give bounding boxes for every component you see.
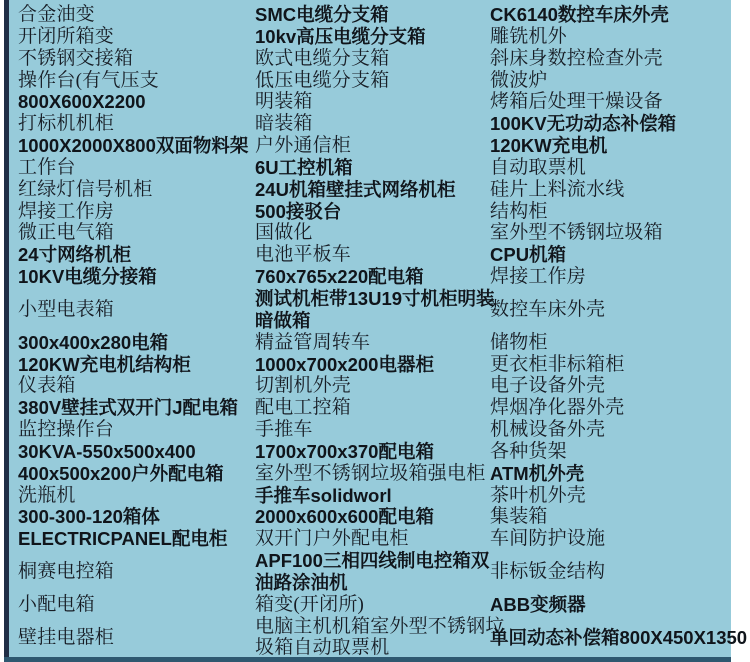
product-name-cell: 集装箱 [490, 506, 731, 528]
product-row: 400x500x200户外配电箱室外型不锈钢垃圾箱强电柜ATM机外壳 [9, 463, 731, 485]
product-name-cell: 焊接工作房 [9, 201, 255, 223]
product-row: 380V壁挂式双开门J配电箱配电工控箱焊烟净化器外壳 [9, 397, 731, 419]
product-row: 300x400x280电箱精益管周转车储物柜 [9, 332, 731, 354]
product-name-cell: 电脑主机机箱室外型不锈钢垃圾箱自动取票机 [255, 616, 507, 660]
product-name-cell: 合金油变 [9, 4, 255, 26]
product-name-cell: 数控车床外壳 [490, 299, 731, 321]
product-name-cell: 300x400x280电箱 [9, 332, 255, 354]
product-row: 仪表箱切割机外壳电子设备外壳 [9, 375, 731, 397]
product-name-cell: 工作台 [9, 157, 255, 179]
product-row: 微正电气箱国做化室外型不锈钢垃圾箱 [9, 222, 731, 244]
product-row: 30KVA-550x500x4001700x700x370配电箱各种货架 [9, 441, 731, 463]
product-row: 工作台6U工控机箱自动取票机 [9, 157, 731, 179]
product-name-cell: 微正电气箱 [9, 222, 255, 244]
product-name-cell: 焊烟净化器外壳 [490, 397, 731, 419]
product-row: 800X600X2200明装箱烤箱后处理干燥设备 [9, 91, 731, 113]
product-row: 120KW充电机结构柜1000x700x200电器柜更衣柜非标箱柜 [9, 354, 731, 376]
product-name-cell: 壁挂电器柜 [9, 627, 255, 649]
product-name-cell: 双开门户外配电柜 [255, 528, 507, 550]
product-name-cell: 1700x700x370配电箱 [255, 441, 507, 463]
product-name-cell: 车间防护设施 [490, 528, 731, 550]
product-row: 10KV电缆分接箱760x765x220配电箱焊接工作房 [9, 266, 731, 288]
product-name-cell: 箱变(开闭所) [255, 594, 507, 616]
product-name-cell: 120KW充电机结构柜 [9, 354, 255, 376]
product-name-cell: 手推车 [255, 419, 507, 441]
product-name-cell: 储物柜 [490, 332, 731, 354]
product-name-cell: 室外型不锈钢垃圾箱强电柜 [255, 463, 507, 485]
product-name-cell: 户外通信柜 [255, 135, 507, 157]
product-name-cell: 测试机柜带13U19寸机柜明装暗做箱 [255, 288, 507, 332]
product-name-cell: 100KV无功动态补偿箱 [490, 113, 731, 135]
product-name-cell: 小配电箱 [9, 594, 255, 616]
product-row: 小型电表箱测试机柜带13U19寸机柜明装暗做箱数控车床外壳 [9, 288, 731, 332]
product-row: 焊接工作房500接驳台结构柜 [9, 201, 731, 223]
product-name-cell: 操作台(有气压支 [9, 70, 255, 92]
product-row: 操作台(有气压支低压电缆分支箱微波炉 [9, 70, 731, 92]
product-name-cell: 自动取票机 [490, 157, 731, 179]
product-name-cell: 单回动态补偿箱800X450X1350 [490, 627, 731, 649]
product-name-cell: 开闭所箱变 [9, 26, 255, 48]
product-name-cell: 斜床身数控检查外壳 [490, 48, 731, 70]
product-name-cell: 焊接工作房 [490, 266, 731, 288]
product-name-cell: 硅片上料流水线 [490, 179, 731, 201]
product-row: 桐赛电控箱APF100三相四线制电控箱双油路涂油机非标钣金结构 [9, 550, 731, 594]
product-name-cell: ATM机外壳 [490, 463, 731, 485]
product-name-cell: 配电工控箱 [255, 397, 507, 419]
product-row: 开闭所箱变10kv高压电缆分支箱雕铣机外 [9, 26, 731, 48]
product-row: 300-300-120箱体2000x600x600配电箱集装箱 [9, 506, 731, 528]
product-name-cell: 760x765x220配电箱 [255, 266, 507, 288]
product-row: 监控操作台手推车机械设备外壳 [9, 419, 731, 441]
product-name-cell: 电池平板车 [255, 244, 507, 266]
product-name-cell: ABB变频器 [490, 594, 731, 616]
product-name-cell: APF100三相四线制电控箱双油路涂油机 [255, 550, 507, 594]
product-row: 洗瓶机手推车solidworl茶叶机外壳 [9, 485, 731, 507]
product-name-cell: CK6140数控车床外壳 [490, 4, 731, 26]
product-name-cell: 10kv高压电缆分支箱 [255, 26, 507, 48]
product-name-cell: 打标机机柜 [9, 113, 255, 135]
product-name-cell: 洗瓶机 [9, 485, 255, 507]
product-name-cell: 手推车solidworl [255, 485, 507, 507]
product-row: ELECTRICPANEL配电柜双开门户外配电柜车间防护设施 [9, 528, 731, 550]
product-name-cell: 非标钣金结构 [490, 561, 731, 583]
product-row: 合金油变SMC电缆分支箱CK6140数控车床外壳 [9, 4, 731, 26]
product-name-cell: 不锈钢交接箱 [9, 48, 255, 70]
product-name-cell: 桐赛电控箱 [9, 561, 255, 583]
product-row: 24寸网络机柜电池平板车CPU机箱 [9, 244, 731, 266]
product-table: 合金油变SMC电缆分支箱CK6140数控车床外壳开闭所箱变10kv高压电缆分支箱… [9, 4, 731, 659]
product-row: 1000X2000X800双面物料架户外通信柜120KW充电机 [9, 135, 731, 157]
product-row: 红绿灯信号机柜24U机箱壁挂式网络机柜硅片上料流水线 [9, 179, 731, 201]
product-name-cell: 120KW充电机 [490, 135, 731, 157]
product-name-cell: 国做化 [255, 222, 507, 244]
product-name-cell: 6U工控机箱 [255, 157, 507, 179]
product-name-cell: 1000x700x200电器柜 [255, 354, 507, 376]
product-name-cell: 室外型不锈钢垃圾箱 [490, 222, 731, 244]
product-name-cell: 结构柜 [490, 201, 731, 223]
product-name-cell: 微波炉 [490, 70, 731, 92]
product-name-cell: 明装箱 [255, 91, 507, 113]
product-name-cell: 切割机外壳 [255, 375, 507, 397]
product-row: 不锈钢交接箱欧式电缆分支箱斜床身数控检查外壳 [9, 48, 731, 70]
product-name-cell: 低压电缆分支箱 [255, 70, 507, 92]
product-name-cell: ELECTRICPANEL配电柜 [9, 528, 255, 550]
bottom-border-bar [4, 657, 731, 662]
product-name-cell: 欧式电缆分支箱 [255, 48, 507, 70]
product-name-cell: 24U机箱壁挂式网络机柜 [255, 179, 507, 201]
product-name-cell: 电子设备外壳 [490, 375, 731, 397]
product-name-cell: 800X600X2200 [9, 91, 255, 113]
product-name-cell: 24寸网络机柜 [9, 244, 255, 266]
product-name-cell: 各种货架 [490, 441, 731, 463]
product-name-cell: 茶叶机外壳 [490, 485, 731, 507]
product-name-cell: 仪表箱 [9, 375, 255, 397]
product-name-cell: SMC电缆分支箱 [255, 4, 507, 26]
product-name-cell: 380V壁挂式双开门J配电箱 [9, 397, 255, 419]
product-name-cell: 雕铣机外 [490, 26, 731, 48]
product-name-cell: 小型电表箱 [9, 299, 255, 321]
product-row: 打标机机柜暗装箱100KV无功动态补偿箱 [9, 113, 731, 135]
product-row: 小配电箱箱变(开闭所)ABB变频器 [9, 594, 731, 616]
product-name-cell: 红绿灯信号机柜 [9, 179, 255, 201]
product-name-cell: 暗装箱 [255, 113, 507, 135]
product-name-cell: 10KV电缆分接箱 [9, 266, 255, 288]
product-name-cell: 精益管周转车 [255, 332, 507, 354]
product-name-cell: CPU机箱 [490, 244, 731, 266]
product-name-cell: 烤箱后处理干燥设备 [490, 91, 731, 113]
product-name-cell: 机械设备外壳 [490, 419, 731, 441]
product-name-cell: 300-300-120箱体 [9, 506, 255, 528]
product-name-cell: 监控操作台 [9, 419, 255, 441]
product-name-cell: 500接驳台 [255, 201, 507, 223]
product-name-cell: 更衣柜非标箱柜 [490, 354, 731, 376]
product-name-cell: 1000X2000X800双面物料架 [9, 135, 255, 157]
product-name-cell: 2000x600x600配电箱 [255, 506, 507, 528]
product-name-cell: 30KVA-550x500x400 [9, 441, 255, 463]
product-list-page: 合金油变SMC电缆分支箱CK6140数控车床外壳开闭所箱变10kv高压电缆分支箱… [0, 0, 750, 662]
product-row: 壁挂电器柜电脑主机机箱室外型不锈钢垃圾箱自动取票机单回动态补偿箱800X450X… [9, 616, 731, 660]
product-name-cell: 400x500x200户外配电箱 [9, 463, 255, 485]
